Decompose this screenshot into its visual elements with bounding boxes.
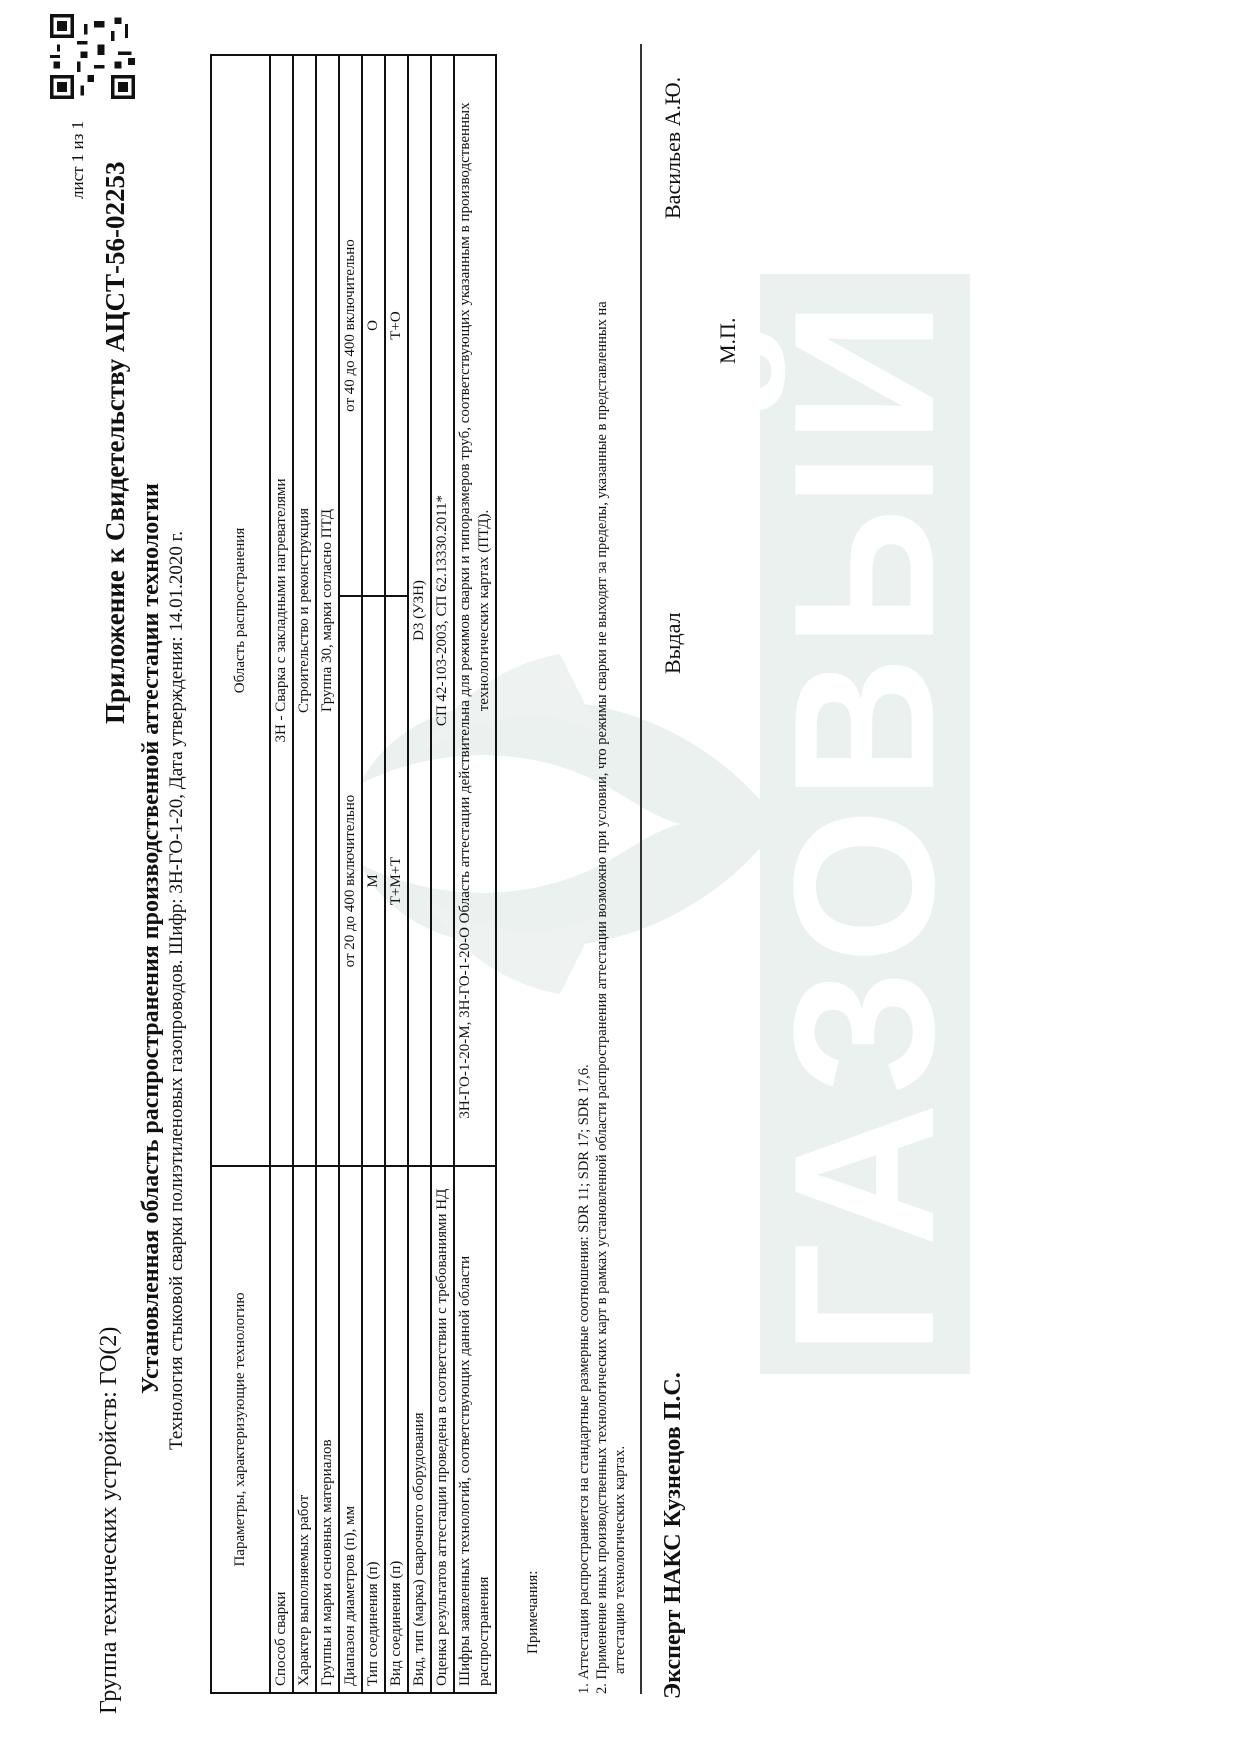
table-header-row: Параметры, характеризующие технологию Об… xyxy=(211,55,270,1693)
row-param: Шифры заявленных технологий, соответству… xyxy=(454,1166,496,1693)
note-item-continuation: аттестацию технологических картах. xyxy=(611,1446,629,1674)
row-value-left: от 20 до 400 включительно xyxy=(339,596,362,1166)
expert-signature: Эксперт НАКС Кузнецов П.С. xyxy=(660,1372,687,1699)
notes-heading: Примечания: xyxy=(525,1571,542,1654)
row-param: Тип соединения (п) xyxy=(362,1166,385,1693)
appendix-title: Приложение к Свидетельству АЦСТ-56-02253 xyxy=(100,161,131,724)
row-value: 3Н-ГО-1-20-М, 3Н-ГО-1-20-О Область аттес… xyxy=(454,55,496,1166)
row-param: Характер выполняемых работ xyxy=(293,1166,316,1693)
row-param: Диапазон диаметров (п), мм xyxy=(339,1166,362,1693)
table-row: Оценка результатов аттестации проведена … xyxy=(431,55,454,1693)
table-row: Характер выполняемых работ Строительство… xyxy=(293,55,316,1693)
row-value: СП 42-103-2003, СП 62.13330.2011* xyxy=(431,55,454,1166)
document-page: ГАЗОВЫЙ ТРЕСТ лист 1 из 1 Приложение к С… xyxy=(0,0,1240,1754)
page-title: Установленная область распространения пр… xyxy=(138,483,165,1394)
header-param: Параметры, характеризующие технологию xyxy=(211,1166,270,1693)
row-value-right: от 40 до 400 включительно xyxy=(339,55,362,596)
table-row: Диапазон диаметров (п), мм от 20 до 400 … xyxy=(339,55,362,1693)
table-row: Шифры заявленных технологий, соответству… xyxy=(454,55,496,1693)
row-value-right: Т+О xyxy=(385,55,408,596)
table-row: Вид, тип (марка) сварочного оборудования… xyxy=(408,55,431,1693)
issued-label: Выдал xyxy=(660,612,686,674)
scope-table: Параметры, характеризующие технологию Об… xyxy=(210,54,497,1694)
row-value: 3Н - Сварка с закладными нагревателями xyxy=(270,55,293,1166)
row-value: D3 (УЗН) xyxy=(408,55,431,1166)
note-item: 2. Применение иных производственных техн… xyxy=(593,301,611,1694)
stamp-placeholder: М.П. xyxy=(715,318,741,364)
row-param: Оценка результатов аттестации проведена … xyxy=(431,1166,454,1693)
row-param: Вид, тип (марка) сварочного оборудования xyxy=(408,1166,431,1693)
row-param: Группы и марки основных материалов xyxy=(316,1166,339,1693)
header-scope: Область распространения xyxy=(211,55,270,1166)
table-row: Вид соединения (п) Т+М+Т Т+О xyxy=(385,55,408,1693)
table-row: Группы и марки основных материалов Групп… xyxy=(316,55,339,1693)
table-row: Тип соединения (п) М О xyxy=(362,55,385,1693)
divider xyxy=(640,44,642,1694)
note-item: 1. Аттестация распространяется на станда… xyxy=(575,1064,593,1694)
row-value-right: О xyxy=(362,55,385,596)
row-param: Вид соединения (п) xyxy=(385,1166,408,1693)
row-value: Строительство и реконструкция xyxy=(293,55,316,1166)
device-group: Группа технических устройств: ГО(2) xyxy=(96,1327,123,1714)
table-row: Способ сварки 3Н - Сварка с закладными н… xyxy=(270,55,293,1693)
row-value-left: Т+М+Т xyxy=(385,596,408,1166)
sheet-number: лист 1 из 1 xyxy=(68,121,88,199)
row-param: Способ сварки xyxy=(270,1166,293,1693)
row-value-left: М xyxy=(362,596,385,1166)
row-value: Группа 30, марки согласно ПТД xyxy=(316,55,339,1166)
qr-code-icon xyxy=(50,14,135,99)
watermark-text: ГАЗОВЫЙ ТРЕСТ xyxy=(760,274,970,1374)
page-subtitle: Технология стыковой сварки полиэтиленовы… xyxy=(166,531,188,1450)
issuer-name: Васильев А.Ю. xyxy=(660,77,686,219)
